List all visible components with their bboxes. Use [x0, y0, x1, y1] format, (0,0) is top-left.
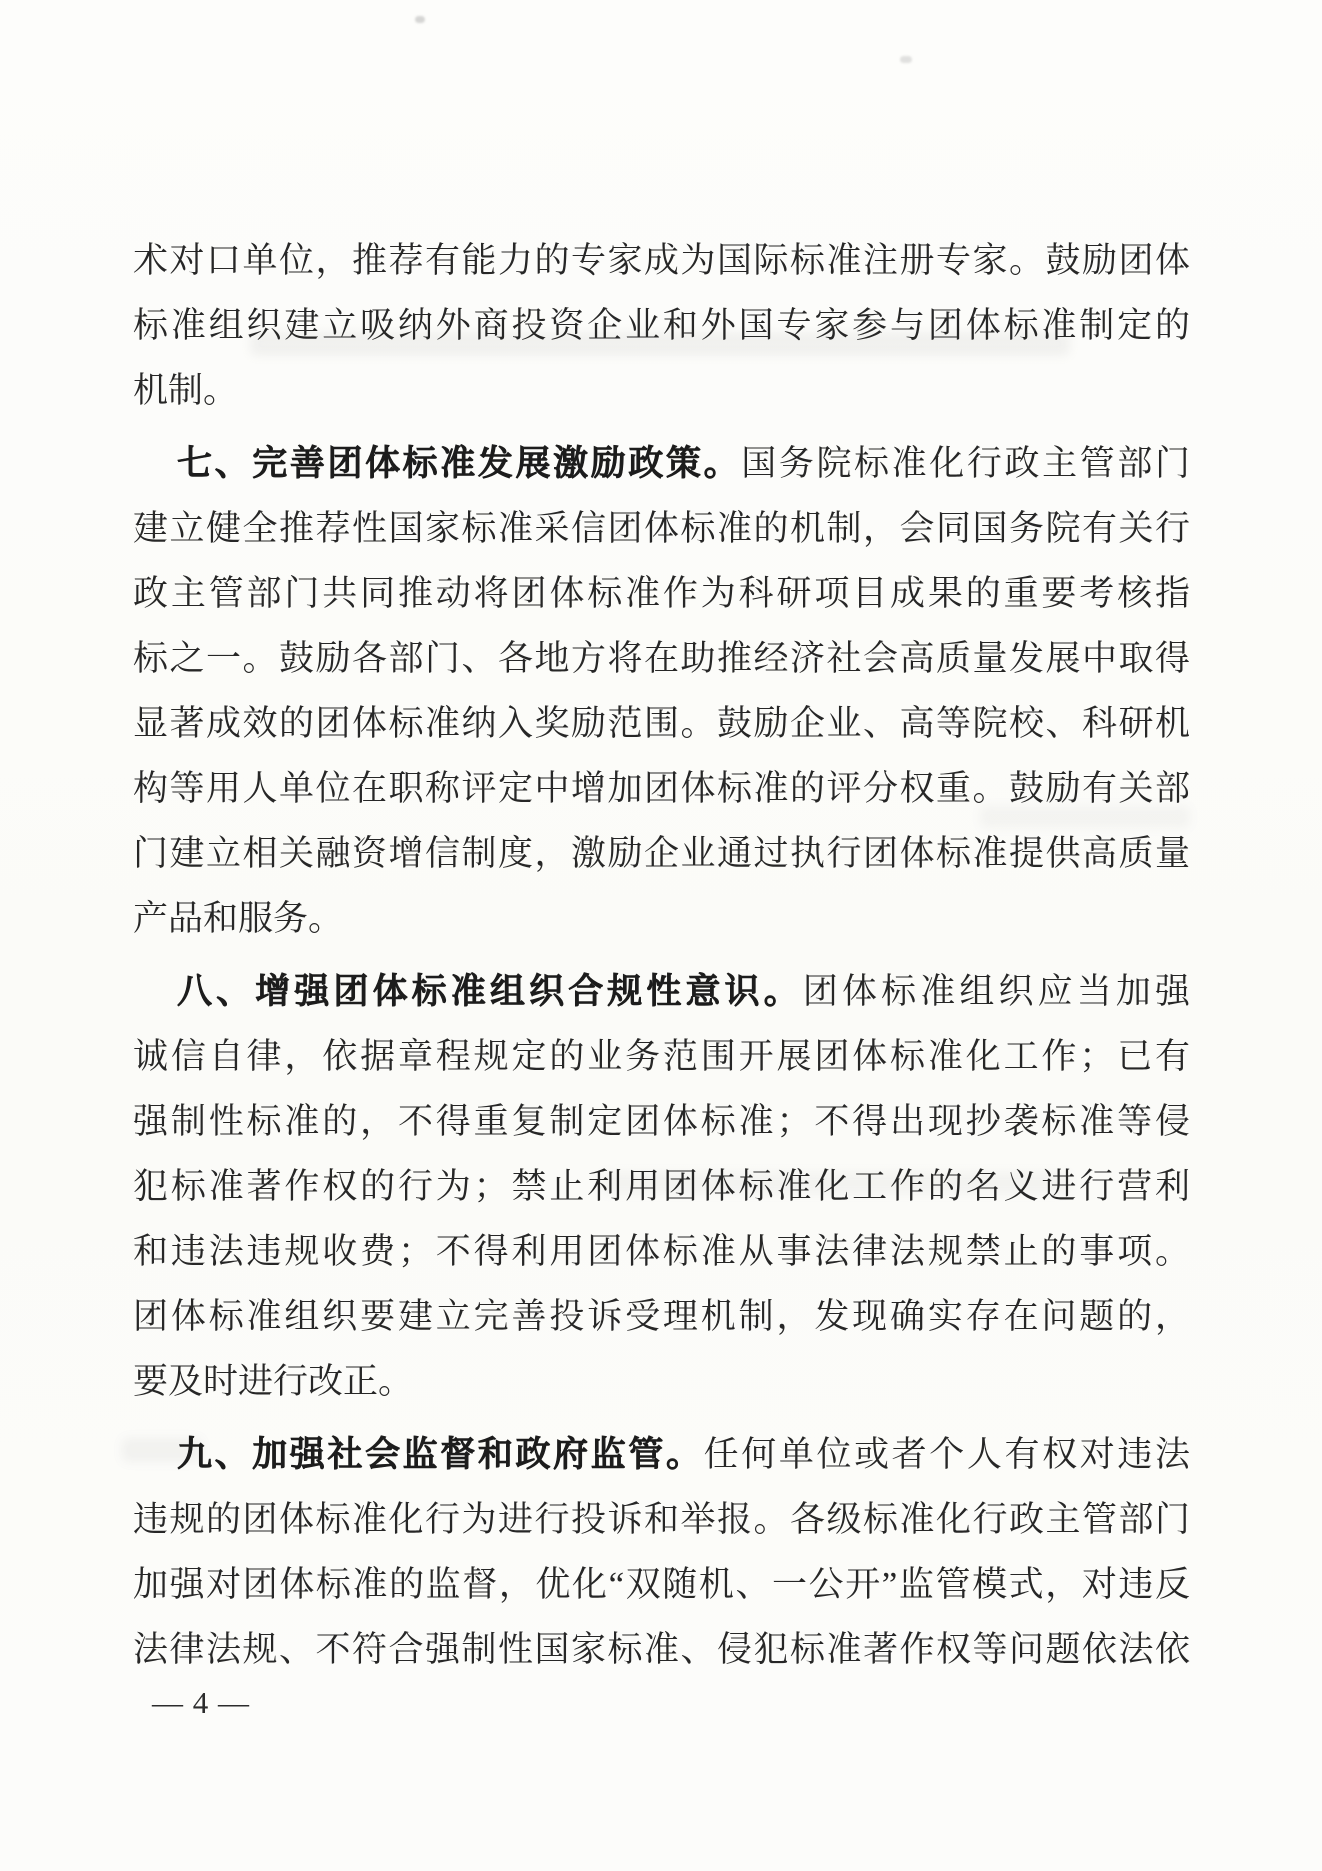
- text-line: 术对口单位，推荐有能力的专家成为国际标准注册专家。鼓励团体: [133, 228, 1190, 293]
- text-line: 标之一。鼓励各部门、各地方将在助推经济社会高质量发展中取得: [133, 626, 1190, 691]
- page-number: — 4 —: [152, 1685, 250, 1721]
- document-body: 术对口单位，推荐有能力的专家成为国际标准注册专家。鼓励团体标准组织建立吸纳外商投…: [133, 228, 1190, 1682]
- text-line: 构等用人单位在职称评定中增加团体标准的评分权重。鼓励有关部: [133, 756, 1190, 821]
- section-paragraph: 九、加强社会监督和政府监管。任何单位或者个人有权对违法违规的团体标准化行为进行投…: [133, 1422, 1190, 1682]
- document-page: 术对口单位，推荐有能力的专家成为国际标准注册专家。鼓励团体标准组织建立吸纳外商投…: [0, 0, 1322, 1871]
- scan-speck: [900, 56, 912, 63]
- scan-speck: [415, 16, 425, 23]
- continuation-paragraph: 术对口单位，推荐有能力的专家成为国际标准注册专家。鼓励团体标准组织建立吸纳外商投…: [133, 228, 1190, 423]
- heading-line-text: 任何单位或者个人有权对违法: [704, 1435, 1190, 1474]
- text-line: 政主管部门共同推动将团体标准作为科研项目成果的重要考核指: [133, 561, 1190, 626]
- text-line: 团体标准组织要建立完善投诉受理机制，发现确实存在问题的，: [133, 1284, 1190, 1349]
- section-heading: 七、完善团体标准发展激励政策。: [177, 444, 741, 483]
- section-paragraph: 七、完善团体标准发展激励政策。国务院标准化行政主管部门建立健全推荐性国家标准采信…: [133, 431, 1190, 951]
- text-line: 标准组织建立吸纳外商投资企业和外国专家参与团体标准制定的: [133, 293, 1190, 358]
- text-line: 法律法规、不符合强制性国家标准、侵犯标准著作权等问题依法依: [133, 1617, 1190, 1682]
- text-line: 要及时进行改正。: [133, 1349, 1190, 1414]
- text-line: 显著成效的团体标准纳入奖励范围。鼓励企业、高等院校、科研机: [133, 691, 1190, 756]
- text-line: 建立健全推荐性国家标准采信团体标准的机制，会同国务院有关行: [133, 496, 1190, 561]
- text-line: 七、完善团体标准发展激励政策。国务院标准化行政主管部门: [133, 431, 1190, 496]
- text-line: 机制。: [133, 358, 1190, 423]
- text-line: 犯标准著作权的行为；禁止利用团体标准化工作的名义进行营利: [133, 1154, 1190, 1219]
- section-heading: 八、增强团体标准组织合规性意识。: [177, 972, 803, 1011]
- text-line: 门建立相关融资增信制度，激励企业通过执行团体标准提供高质量: [133, 821, 1190, 886]
- text-line: 诚信自律，依据章程规定的业务范围开展团体标准化工作；已有: [133, 1024, 1190, 1089]
- heading-line-text: 国务院标准化行政主管部门: [741, 444, 1190, 483]
- text-line: 强制性标准的，不得重复制定团体标准；不得出现抄袭标准等侵: [133, 1089, 1190, 1154]
- section-paragraph: 八、增强团体标准组织合规性意识。团体标准组织应当加强诚信自律，依据章程规定的业务…: [133, 959, 1190, 1414]
- text-line: 九、加强社会监督和政府监管。任何单位或者个人有权对违法: [133, 1422, 1190, 1487]
- text-line: 违规的团体标准化行为进行投诉和举报。各级标准化行政主管部门: [133, 1487, 1190, 1552]
- section-heading: 九、加强社会监督和政府监管。: [177, 1435, 704, 1474]
- heading-line-text: 团体标准组织应当加强: [803, 972, 1190, 1011]
- text-line: 和违法违规收费；不得利用团体标准从事法律法规禁止的事项。: [133, 1219, 1190, 1284]
- text-line: 产品和服务。: [133, 886, 1190, 951]
- text-line: 八、增强团体标准组织合规性意识。团体标准组织应当加强: [133, 959, 1190, 1024]
- text-line: 加强对团体标准的监督，优化“双随机、一公开”监管模式，对违反: [133, 1552, 1190, 1617]
